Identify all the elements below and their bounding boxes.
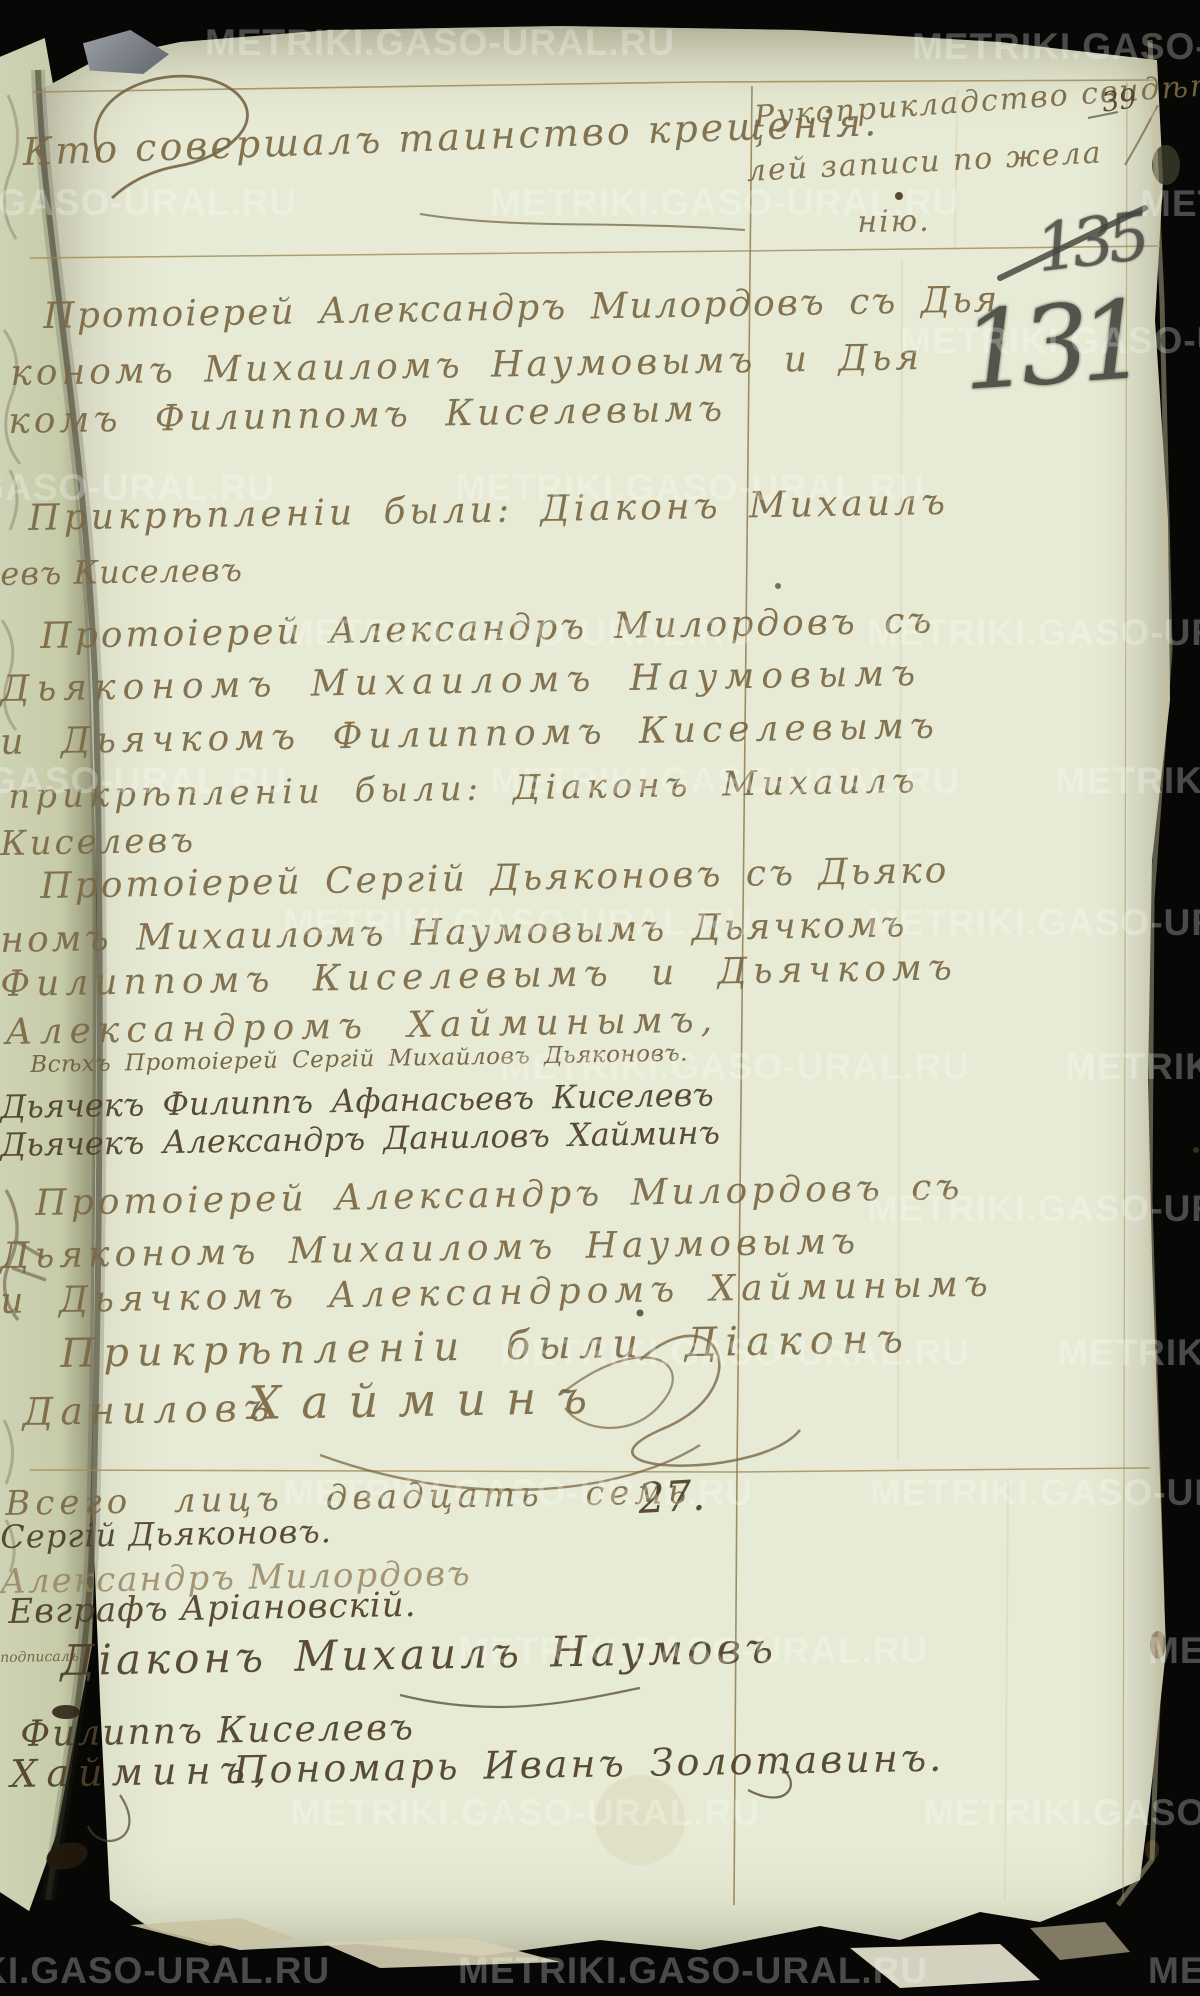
site-watermark-text: METRIKI.GASO-URAL.RU	[923, 1792, 1200, 1834]
site-watermark-text: METRIKI.GASO-URAL.RU	[283, 1472, 753, 1514]
manuscript-line: Даниловъ	[22, 1386, 276, 1434]
site-watermark-text: METRIKI.GASO-URAL.RU	[500, 1046, 970, 1088]
edge-stain	[1145, 1840, 1159, 1860]
foxing-spot	[1193, 1147, 1199, 1153]
scanned-register-page: Кто совершалъ таинство крещенія. Рукопри…	[0, 0, 1200, 1996]
site-watermark-text: METRIKI.GASO-URAL.RU	[0, 760, 287, 802]
manuscript-line: Евграфъ Аріановскій.	[8, 1585, 417, 1632]
site-watermark-text: METRIKI.GASO-URAL.RU	[0, 182, 297, 224]
site-watermark-text: METRIKI.GASO-URAL.RU	[455, 467, 925, 509]
folio-number-pencil-struck: 135	[1032, 198, 1149, 288]
site-watermark-text: METRIKI.GASO-URAL.RU	[1140, 183, 1200, 225]
site-watermark-text: METRIKI.GASO-URAL.RU	[900, 320, 1200, 362]
site-watermark-text: METRIKI.GASO-URAL.RU	[205, 22, 675, 64]
site-watermark-text: METRIKI.GASO-URAL.RU	[283, 612, 753, 654]
site-watermark-text: METRIKI.GASO-URAL.RU	[870, 1472, 1200, 1514]
site-watermark-text: METRIKI.GASO-URAL.RU	[1065, 1046, 1200, 1088]
site-watermark-text: METRIKI.GASO-URAL.RU	[283, 902, 753, 944]
site-watermark-text: METRIKI.GASO-URAL.RU	[1148, 1630, 1200, 1672]
site-watermark-text: METRIKI.GASO-URAL.RU	[0, 1950, 330, 1992]
site-watermark-text: METRIKI.GASO-URAL.RU	[1148, 1950, 1200, 1992]
site-watermark-text: METRIKI.GASO-URAL.RU	[0, 467, 275, 509]
site-watermark-text: METRIKI.GASO-URAL.RU	[490, 760, 960, 802]
site-watermark-text: METRIKI.GASO-URAL.RU	[458, 1630, 928, 1672]
site-watermark-text: METRIKI.GASO-URAL.RU	[490, 182, 960, 224]
site-watermark-text: METRIKI.GASO-URAL.RU	[458, 1950, 928, 1992]
site-watermark-text: METRIKI.GASO-URAL.RU	[867, 1188, 1200, 1230]
site-watermark-text: METRIKI.GASO-URAL.RU	[500, 1332, 970, 1374]
site-watermark-text: METRIKI.GASO-URAL.RU	[867, 612, 1200, 654]
manuscript-line: Киселевъ	[0, 821, 196, 864]
torn-edge-debris	[1030, 1922, 1130, 1960]
site-watermark-text: METRIKI.GASO-URAL.RU	[1055, 760, 1200, 802]
site-watermark-text: METRIKI.GASO-URAL.RU	[867, 902, 1200, 944]
manuscript-line: евъ Киселевъ	[0, 551, 243, 593]
site-watermark-text: METRIKI.GASO-URAL.RU	[290, 1792, 760, 1834]
site-watermark-text: METRIKI.GASO-URAL.RU	[912, 26, 1200, 68]
manuscript-line: Хайминъ	[248, 1370, 607, 1430]
site-watermark-text: METRIKI.GASO-URAL.RU	[1057, 1332, 1200, 1374]
folio-number-ink: 39	[1100, 83, 1138, 118]
